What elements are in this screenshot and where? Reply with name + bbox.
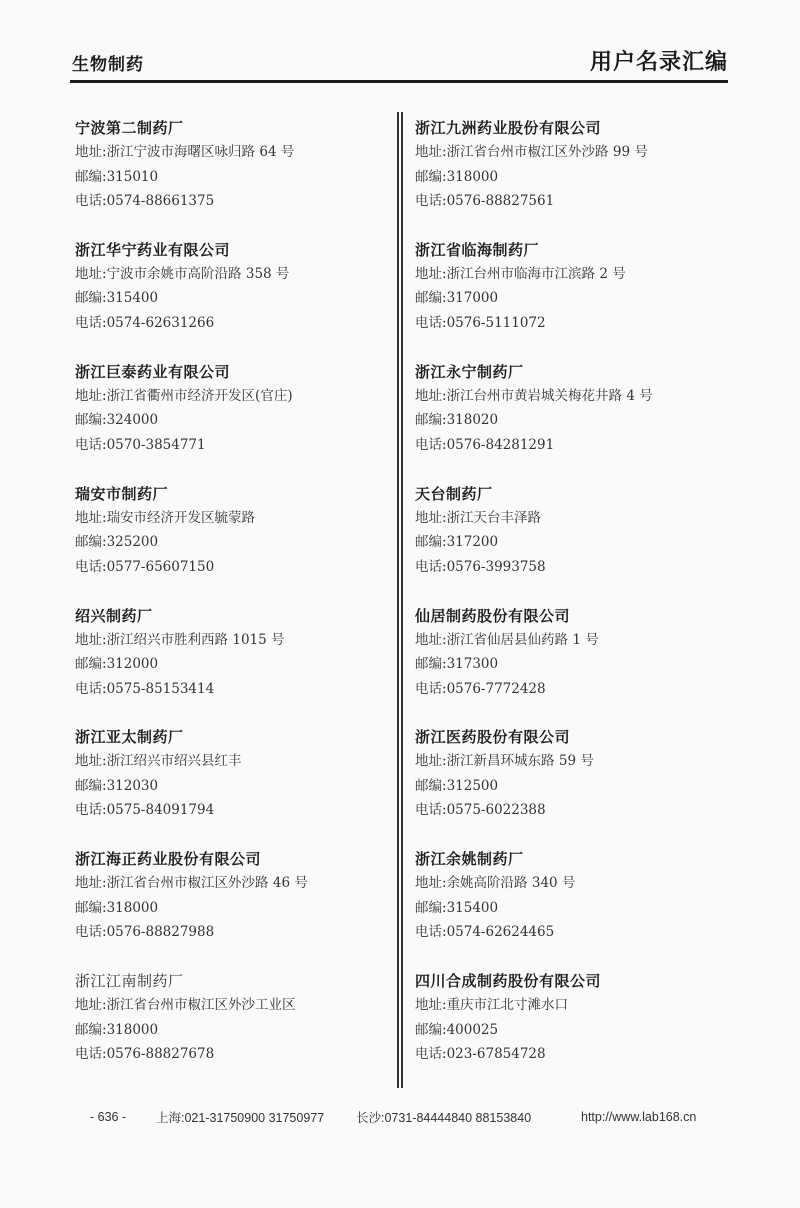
company-name: 浙江巨泰药业有限公司 bbox=[75, 360, 395, 384]
company-address-value: 浙江省仙居县仙药路 1 号 bbox=[447, 632, 599, 648]
company-phone-label: 电话: bbox=[415, 437, 447, 453]
company-address: 地址:浙江省台州市椒江区外沙工业区 bbox=[75, 993, 395, 1018]
company-address: 地址:浙江台州市临海市江滨路 2 号 bbox=[415, 262, 735, 287]
company-phone-label: 电话: bbox=[415, 315, 447, 331]
company-postcode-label: 邮编: bbox=[415, 1022, 447, 1038]
company-phone-value: 0575-84091794 bbox=[107, 802, 215, 818]
company-phone-value: 023-67854728 bbox=[447, 1046, 546, 1062]
company-postcode: 邮编:400025 bbox=[415, 1018, 735, 1043]
company-address: 地址:浙江绍兴市胜利西路 1015 号 bbox=[75, 628, 395, 653]
company-postcode: 邮编:317000 bbox=[415, 286, 735, 311]
company-postcode-label: 邮编: bbox=[75, 1022, 107, 1038]
company-address-label: 地址: bbox=[75, 632, 107, 648]
company-postcode-value: 318000 bbox=[107, 900, 159, 916]
company-phone: 电话:0575-84091794 bbox=[75, 798, 395, 823]
company-postcode-label: 邮编: bbox=[415, 169, 447, 185]
company-phone-label: 电话: bbox=[415, 924, 447, 940]
company-postcode-label: 邮编: bbox=[415, 900, 447, 916]
section-title: 生物制药 bbox=[72, 50, 144, 75]
company-postcode: 邮编:324000 bbox=[75, 408, 395, 433]
company-entry: 浙江海正药业股份有限公司地址:浙江省台州市椒江区外沙路 46 号邮编:31800… bbox=[75, 847, 395, 969]
company-phone: 电话:0574-88661375 bbox=[75, 189, 395, 214]
company-phone-label: 电话: bbox=[415, 193, 447, 209]
company-address-value: 浙江绍兴市胜利西路 1015 号 bbox=[107, 632, 285, 648]
company-address: 地址:浙江台州市黄岩城关梅花井路 4 号 bbox=[415, 384, 735, 409]
company-name: 浙江华宁药业有限公司 bbox=[75, 238, 395, 262]
company-name: 浙江亚太制药厂 bbox=[75, 725, 395, 749]
company-name: 绍兴制药厂 bbox=[75, 604, 395, 628]
company-postcode: 邮编:318000 bbox=[75, 1018, 395, 1043]
company-address-label: 地址: bbox=[415, 388, 447, 404]
page-title: 用户名录汇编 bbox=[590, 45, 728, 76]
header-rule bbox=[70, 80, 728, 83]
company-postcode: 邮编:318000 bbox=[415, 165, 735, 190]
company-phone-label: 电话: bbox=[415, 681, 447, 697]
company-postcode: 邮编:317200 bbox=[415, 530, 735, 555]
company-address: 地址:浙江绍兴市绍兴县红丰 bbox=[75, 749, 395, 774]
company-phone: 电话:023-67854728 bbox=[415, 1042, 735, 1067]
company-postcode-value: 324000 bbox=[107, 412, 159, 428]
company-name: 瑞安市制药厂 bbox=[75, 482, 395, 506]
company-phone-label: 电话: bbox=[75, 315, 107, 331]
company-address-label: 地址: bbox=[415, 266, 447, 282]
company-postcode-label: 邮编: bbox=[75, 778, 107, 794]
company-phone-label: 电话: bbox=[415, 802, 447, 818]
company-phone-value: 0576-88827988 bbox=[107, 924, 215, 940]
company-entry: 浙江华宁药业有限公司地址:宁波市余姚市高阶沿路 358 号邮编:315400电话… bbox=[75, 238, 395, 360]
company-phone-value: 0576-3993758 bbox=[447, 559, 546, 575]
company-phone-value: 0570-3854771 bbox=[107, 437, 206, 453]
company-phone-label: 电话: bbox=[415, 559, 447, 575]
company-postcode-label: 邮编: bbox=[415, 412, 447, 428]
website-link[interactable]: http://www.lab168.cn bbox=[581, 1110, 696, 1124]
company-entry: 四川合成制药股份有限公司地址:重庆市江北寸滩水口邮编:400025电话:023-… bbox=[415, 969, 735, 1091]
company-address: 地址:宁波市余姚市高阶沿路 358 号 bbox=[75, 262, 395, 287]
company-entry: 仙居制药股份有限公司地址:浙江省仙居县仙药路 1 号邮编:317300电话:05… bbox=[415, 604, 735, 726]
company-phone-value: 0574-62631266 bbox=[107, 315, 215, 331]
company-postcode-value: 315400 bbox=[107, 290, 159, 306]
company-name: 四川合成制药股份有限公司 bbox=[415, 969, 735, 993]
company-address-label: 地址: bbox=[75, 753, 107, 769]
company-name: 浙江余姚制药厂 bbox=[415, 847, 735, 871]
company-entry: 天台制药厂地址:浙江天台丰泽路邮编:317200电话:0576-3993758 bbox=[415, 482, 735, 604]
company-address-value: 浙江省台州市椒江区外沙路 46 号 bbox=[107, 875, 308, 891]
company-phone: 电话:0576-7772428 bbox=[415, 677, 735, 702]
company-address: 地址:浙江省台州市椒江区外沙路 46 号 bbox=[75, 871, 395, 896]
company-name: 浙江海正药业股份有限公司 bbox=[75, 847, 395, 871]
company-phone: 电话:0574-62631266 bbox=[75, 311, 395, 336]
company-address-label: 地址: bbox=[415, 632, 447, 648]
company-address: 地址:浙江省衢州市经济开发区(官庄) bbox=[75, 384, 395, 409]
company-postcode: 邮编:312500 bbox=[415, 774, 735, 799]
company-postcode: 邮编:318020 bbox=[415, 408, 735, 433]
company-address-value: 浙江台州市临海市江滨路 2 号 bbox=[447, 266, 626, 282]
company-postcode: 邮编:318000 bbox=[75, 896, 395, 921]
company-postcode-label: 邮编: bbox=[415, 290, 447, 306]
company-entry: 宁波第二制药厂地址:浙江宁波市海曙区咏归路 64 号邮编:315010电话:05… bbox=[75, 116, 395, 238]
company-phone-label: 电话: bbox=[415, 1046, 447, 1062]
company-address: 地址:瑞安市经济开发区毓蒙路 bbox=[75, 506, 395, 531]
company-entry: 瑞安市制药厂地址:瑞安市经济开发区毓蒙路邮编:325200电话:0577-656… bbox=[75, 482, 395, 604]
company-phone: 电话:0576-3993758 bbox=[415, 555, 735, 580]
company-phone-label: 电话: bbox=[75, 1046, 107, 1062]
company-address: 地址:余姚高阶沿路 340 号 bbox=[415, 871, 735, 896]
company-postcode-label: 邮编: bbox=[75, 412, 107, 428]
company-entry: 浙江江南制药厂地址:浙江省台州市椒江区外沙工业区邮编:318000电话:0576… bbox=[75, 969, 395, 1091]
company-phone: 电话:0576-88827988 bbox=[75, 920, 395, 945]
company-phone: 电话:0576-84281291 bbox=[415, 433, 735, 458]
company-name: 浙江医药股份有限公司 bbox=[415, 725, 735, 749]
company-name: 浙江永宁制药厂 bbox=[415, 360, 735, 384]
company-postcode-value: 312030 bbox=[107, 778, 159, 794]
company-postcode-label: 邮编: bbox=[415, 534, 447, 550]
company-address-label: 地址: bbox=[75, 510, 107, 526]
company-address: 地址:浙江省台州市椒江区外沙路 99 号 bbox=[415, 140, 735, 165]
changsha-phone: 长沙:0731-84444840 88153840 bbox=[356, 1108, 581, 1126]
company-address-value: 浙江绍兴市绍兴县红丰 bbox=[107, 753, 242, 769]
company-phone-label: 电话: bbox=[75, 559, 107, 575]
company-entry: 浙江余姚制药厂地址:余姚高阶沿路 340 号邮编:315400电话:0574-6… bbox=[415, 847, 735, 969]
company-postcode-label: 邮编: bbox=[75, 290, 107, 306]
company-phone-label: 电话: bbox=[75, 802, 107, 818]
company-address-value: 浙江新昌环城东路 59 号 bbox=[447, 753, 594, 769]
company-phone-label: 电话: bbox=[75, 437, 107, 453]
company-entry: 浙江医药股份有限公司地址:浙江新昌环城东路 59 号邮编:312500电话:05… bbox=[415, 725, 735, 847]
company-phone-value: 0576-7772428 bbox=[447, 681, 546, 697]
company-phone-value: 0576-88827678 bbox=[107, 1046, 215, 1062]
company-postcode-label: 邮编: bbox=[75, 656, 107, 672]
company-entry: 浙江永宁制药厂地址:浙江台州市黄岩城关梅花井路 4 号邮编:318020电话:0… bbox=[415, 360, 735, 482]
company-address: 地址:浙江新昌环城东路 59 号 bbox=[415, 749, 735, 774]
company-phone: 电话:0574-62624465 bbox=[415, 920, 735, 945]
company-address-label: 地址: bbox=[415, 875, 447, 891]
company-name: 宁波第二制药厂 bbox=[75, 116, 395, 140]
company-address: 地址:浙江天台丰泽路 bbox=[415, 506, 735, 531]
company-postcode: 邮编:312000 bbox=[75, 652, 395, 677]
company-phone: 电话:0570-3854771 bbox=[75, 433, 395, 458]
company-postcode-label: 邮编: bbox=[75, 169, 107, 185]
company-postcode-label: 邮编: bbox=[415, 656, 447, 672]
company-postcode-value: 400025 bbox=[447, 1022, 499, 1038]
company-phone-value: 0576-5111072 bbox=[447, 315, 546, 331]
left-column: 宁波第二制药厂地址:浙江宁波市海曙区咏归路 64 号邮编:315010电话:05… bbox=[75, 116, 395, 1091]
company-postcode-value: 317300 bbox=[447, 656, 499, 672]
company-postcode-value: 312500 bbox=[447, 778, 499, 794]
company-phone: 电话:0577-65607150 bbox=[75, 555, 395, 580]
company-address-value: 浙江省台州市椒江区外沙工业区 bbox=[107, 997, 296, 1013]
company-address-value: 浙江宁波市海曙区咏归路 64 号 bbox=[107, 144, 295, 160]
company-phone-value: 0575-6022388 bbox=[447, 802, 546, 818]
company-postcode-label: 邮编: bbox=[415, 778, 447, 794]
company-phone-label: 电话: bbox=[75, 681, 107, 697]
right-column: 浙江九洲药业股份有限公司地址:浙江省台州市椒江区外沙路 99 号邮编:31800… bbox=[415, 116, 735, 1091]
company-name: 仙居制药股份有限公司 bbox=[415, 604, 735, 628]
company-postcode-value: 315010 bbox=[107, 169, 159, 185]
company-address-value: 瑞安市经济开发区毓蒙路 bbox=[107, 510, 256, 526]
company-address-value: 浙江台州市黄岩城关梅花井路 4 号 bbox=[447, 388, 653, 404]
company-address: 地址:重庆市江北寸滩水口 bbox=[415, 993, 735, 1018]
company-postcode: 邮编:317300 bbox=[415, 652, 735, 677]
company-address-label: 地址: bbox=[75, 997, 107, 1013]
company-address-value: 浙江省衢州市经济开发区(官庄) bbox=[107, 388, 293, 404]
company-postcode-value: 315400 bbox=[447, 900, 499, 916]
company-name: 浙江江南制药厂 bbox=[75, 969, 395, 993]
company-phone: 电话:0576-88827678 bbox=[75, 1042, 395, 1067]
company-name: 浙江九洲药业股份有限公司 bbox=[415, 116, 735, 140]
company-postcode: 邮编:315010 bbox=[75, 165, 395, 190]
company-postcode-value: 318020 bbox=[447, 412, 499, 428]
company-address-value: 重庆市江北寸滩水口 bbox=[447, 997, 569, 1013]
company-address-value: 宁波市余姚市高阶沿路 358 号 bbox=[107, 266, 290, 282]
company-postcode-label: 邮编: bbox=[75, 534, 107, 550]
company-phone-value: 0576-84281291 bbox=[447, 437, 555, 453]
company-phone-value: 0577-65607150 bbox=[107, 559, 215, 575]
company-address-label: 地址: bbox=[75, 875, 107, 891]
company-address-value: 浙江省台州市椒江区外沙路 99 号 bbox=[447, 144, 648, 160]
company-postcode-value: 318000 bbox=[107, 1022, 159, 1038]
company-postcode-value: 312000 bbox=[107, 656, 159, 672]
company-name: 天台制药厂 bbox=[415, 482, 735, 506]
company-postcode: 邮编:315400 bbox=[415, 896, 735, 921]
company-postcode-value: 317000 bbox=[447, 290, 499, 306]
company-phone: 电话:0575-85153414 bbox=[75, 677, 395, 702]
page-number: - 636 - bbox=[90, 1110, 156, 1124]
company-phone-value: 0574-88661375 bbox=[107, 193, 215, 209]
company-phone-value: 0574-62624465 bbox=[447, 924, 555, 940]
shanghai-phone: 上海:021-31750900 31750977 bbox=[156, 1108, 356, 1126]
company-postcode: 邮编:315400 bbox=[75, 286, 395, 311]
company-address-label: 地址: bbox=[75, 388, 107, 404]
company-phone-label: 电话: bbox=[75, 193, 107, 209]
company-address-value: 浙江天台丰泽路 bbox=[447, 510, 542, 526]
company-phone-label: 电话: bbox=[75, 924, 107, 940]
company-postcode-value: 318000 bbox=[447, 169, 499, 185]
company-address-label: 地址: bbox=[415, 997, 447, 1013]
company-phone-value: 0575-85153414 bbox=[107, 681, 215, 697]
company-postcode-label: 邮编: bbox=[75, 900, 107, 916]
company-entry: 浙江亚太制药厂地址:浙江绍兴市绍兴县红丰邮编:312030电话:0575-840… bbox=[75, 725, 395, 847]
company-address-label: 地址: bbox=[415, 753, 447, 769]
company-phone: 电话:0575-6022388 bbox=[415, 798, 735, 823]
company-postcode: 邮编:312030 bbox=[75, 774, 395, 799]
company-postcode-value: 317200 bbox=[447, 534, 499, 550]
company-postcode-value: 325200 bbox=[107, 534, 159, 550]
company-phone-value: 0576-88827561 bbox=[447, 193, 555, 209]
company-entry: 浙江九洲药业股份有限公司地址:浙江省台州市椒江区外沙路 99 号邮编:31800… bbox=[415, 116, 735, 238]
company-phone: 电话:0576-88827561 bbox=[415, 189, 735, 214]
company-postcode: 邮编:325200 bbox=[75, 530, 395, 555]
page-footer: - 636 - 上海:021-31750900 31750977 长沙:0731… bbox=[90, 1108, 728, 1126]
company-address-value: 余姚高阶沿路 340 号 bbox=[447, 875, 576, 891]
company-address-label: 地址: bbox=[75, 266, 107, 282]
company-address-label: 地址: bbox=[415, 510, 447, 526]
company-name: 浙江省临海制药厂 bbox=[415, 238, 735, 262]
company-address-label: 地址: bbox=[75, 144, 107, 160]
company-entry: 绍兴制药厂地址:浙江绍兴市胜利西路 1015 号邮编:312000电话:0575… bbox=[75, 604, 395, 726]
company-address: 地址:浙江省仙居县仙药路 1 号 bbox=[415, 628, 735, 653]
company-address-label: 地址: bbox=[415, 144, 447, 160]
company-entry: 浙江省临海制药厂地址:浙江台州市临海市江滨路 2 号邮编:317000电话:05… bbox=[415, 238, 735, 360]
column-divider bbox=[397, 112, 403, 1088]
company-entry: 浙江巨泰药业有限公司地址:浙江省衢州市经济开发区(官庄)邮编:324000电话:… bbox=[75, 360, 395, 482]
company-address: 地址:浙江宁波市海曙区咏归路 64 号 bbox=[75, 140, 395, 165]
company-phone: 电话:0576-5111072 bbox=[415, 311, 735, 336]
